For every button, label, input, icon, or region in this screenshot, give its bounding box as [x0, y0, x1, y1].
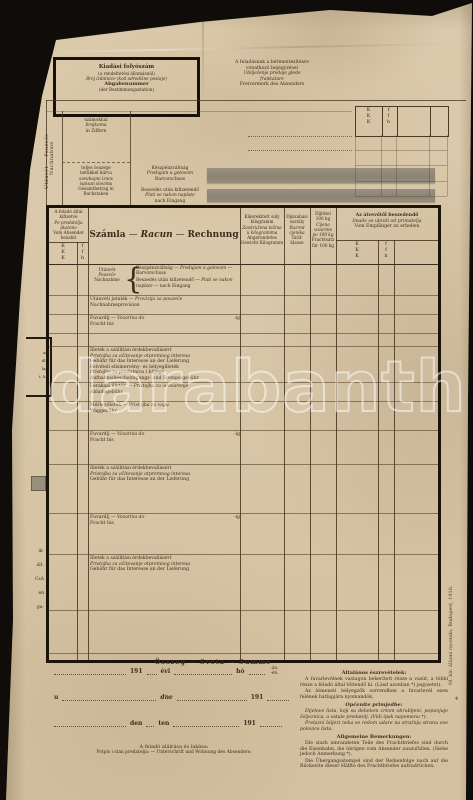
blank-line [62, 694, 156, 701]
entry-ruling [248, 150, 352, 151]
currency-letter: K [356, 120, 381, 126]
option-line: Beszedés után kifizetendő — Plati se nak… [136, 278, 236, 288]
table-row: Mérlegilleték — Pristojba za vaguWaggebü… [49, 401, 438, 430]
fragment-line: t. ka [28, 373, 48, 381]
freight-rate-column-header: Díjtétel100 kg Cijenavozarine po 100 kg … [310, 211, 336, 248]
currency-letter: K [49, 256, 77, 262]
option-line: Készpénzváltság — Predujam u gotovom — B… [136, 266, 236, 276]
fee-line: Pristojba za predatnicu i biljege [90, 370, 164, 375]
remarks-paragraph: Die Übergangsstempel sind der Reihenfolg… [300, 759, 448, 770]
barvorschuss-label: Készpénzváltság Predujam u gotovom Barvo… [134, 166, 206, 182]
table-vline [88, 208, 89, 660]
mini-grid-line [355, 181, 447, 182]
payer-header: A feladó által kifizetve Po predatelju p… [49, 209, 88, 241]
freight-row-label: Fuvardíj — Vozarina do-igFracht bis [90, 514, 240, 526]
remarks-title-hu: Általános észrevételek: [300, 670, 448, 676]
freight-line: Fracht bis [90, 438, 240, 444]
freight-row-label: Fuvardíj — Vozarina do-igFracht bis [90, 315, 240, 327]
invoice-title-hr: Racun [141, 230, 173, 240]
payer-header-line: bezahlt [49, 235, 88, 240]
fragment-line: dló [28, 357, 48, 365]
remarks-title-hr: Općenite primjedbe: [300, 702, 448, 708]
table-row: UtánvétPouzećeNachnahme{Készpénzváltság … [49, 264, 438, 295]
table-row [49, 333, 438, 346]
abgabenummer-box: Kiadási folyószám (a rendeltetési állomá… [53, 57, 200, 117]
label-segment: Pristojba za istovarenje [134, 384, 189, 389]
mini-grid-line [430, 107, 431, 136]
fee-row-label: Illeték a szállítási érdekbevallásértPri… [90, 555, 240, 573]
label-segment: Vozarina do [117, 515, 144, 520]
remarks-paragraph: Prelazni biljezi neka se redom udare na … [300, 721, 448, 732]
label-segment: — nach Eingang [153, 284, 191, 289]
date-line-de: den ten 191 [52, 720, 292, 727]
table-row: Fuvardíj — Vozarina do-igFracht bis [49, 314, 438, 333]
invoice-title: Számla — Racun — Rechnung [88, 230, 240, 240]
fee-line: Pristojba za očitovanje otpremnog intere… [90, 354, 190, 359]
printer-imprint: M. kir. állami nyomda, Budapest, 1916. [448, 545, 457, 685]
fragment-line: lap [28, 365, 48, 373]
nachnahme-vline [62, 111, 63, 205]
nachnahme-vline [130, 111, 131, 205]
mini-grid-filler: ffh [381, 108, 396, 127]
fragment-line: ga- [10, 601, 44, 615]
invoice-table: A feladó által kifizetve Po predatelju p… [46, 205, 441, 663]
year-label: 191 [243, 720, 256, 727]
nachnahme-side-label: Utánvét — Pouzeće — Nachnahme [45, 110, 61, 206]
nach-eingang-label: Beszedés után kifizetendő Plati se nakon… [134, 188, 206, 204]
barvorschuss-line: Barvorschuss [134, 177, 206, 182]
table-vline [240, 208, 241, 660]
blank-line [54, 720, 126, 727]
nachnahme-row1-label: számokkal brojkama in Ziffern [64, 118, 128, 134]
scan-background: i ad aagdlólapt. ka ik-ált.CsAenga- Kiad… [0, 0, 473, 800]
table-vline [310, 208, 311, 660]
fee-line: Abladegebühr [90, 390, 240, 396]
year-label: 191 [130, 668, 143, 675]
table-row: Fuvardíj — Vozarina do-igFracht bis [49, 430, 438, 464]
label-line: Nachnahme [90, 277, 124, 282]
invoice-title-hu: Számla [89, 230, 125, 240]
year-label: 191 [251, 694, 264, 701]
mini-grid-kronen: KKK [356, 108, 381, 127]
blank-line [146, 720, 154, 727]
payer-filler-stack: ffh [77, 244, 88, 263]
date-word: évi [161, 668, 171, 675]
date-word: dne [160, 694, 172, 701]
freight-text: Fuvardíj — Vozarina do [90, 432, 144, 438]
date-word: hó [236, 668, 244, 675]
table-row: Illeték a szállítási érdekbevallásértPri… [49, 346, 438, 382]
table-vline [336, 208, 337, 660]
entry-ruling [248, 136, 352, 137]
currency-letter: h [378, 254, 394, 260]
freight-line: Fracht bis [90, 322, 240, 328]
fragment-line: en [10, 587, 44, 601]
receiver-kronen-stack: KKK [336, 242, 378, 261]
table-vline [378, 240, 379, 660]
blank-line [249, 668, 265, 675]
blank-line [54, 668, 126, 675]
remarks-paragraph: Az átmeneti bélyegzők sorrendben a fuvar… [300, 689, 448, 700]
fee-line: Nachnahmeprovision [90, 303, 240, 309]
fragment-line: ált. [10, 559, 44, 573]
fragment-line: CsA [10, 573, 44, 587]
label-segment: Vozarina do [117, 316, 144, 321]
left-page-fragment-text: ik-ált.CsAenga- [10, 545, 44, 615]
fee-line: Aufnahmsbescheinigungs- und Stempelgebüh… [90, 376, 240, 382]
table-row: Utánvéti jutalék — Provizija za pouzećeN… [49, 295, 438, 314]
fee-row-label: Utánvéti jutalék — Provizija za pouzećeN… [90, 296, 240, 308]
fragment-line: ag [28, 349, 48, 357]
remarks-paragraph: Dijelove lista, koji su debelom crtom ob… [300, 709, 448, 720]
table-vline [284, 208, 285, 660]
abgabenummer-line: (der Bestimmungsstation) [59, 87, 194, 92]
document-paper: i ad aagdlólapt. ka ik-ált.CsAenga- Kiad… [0, 0, 473, 800]
sum-row-label: Összeg — Svota — Summe [90, 654, 336, 666]
table-vline [77, 242, 78, 660]
freight-text: Fuvardíj — Vozarina do [90, 515, 144, 521]
freivermerk-block: A feladásnak a bérmentesítésre vonatkozó… [203, 60, 341, 88]
label-segment: Vozarina do [117, 432, 144, 437]
date-word: u [54, 694, 58, 701]
fee-row-label: Lerakási illeték — Pristojba za istovare… [90, 383, 240, 395]
freight-row-label: Fuvardíj — Vozarina do-igFracht bis [90, 431, 240, 443]
blank-line [174, 668, 232, 675]
currency-letter: K [336, 254, 378, 260]
table-row: Illeték a szállítási érdekbevallásértPri… [49, 464, 438, 513]
fee-line: Gebühr für das Interesse an der Lieferun… [90, 567, 240, 573]
fee-row-label: Illeték a szállítási érdekbevallásértPri… [90, 347, 240, 382]
tariff-class-column-header: Díjszabásiosztály Razredcjenika Tarif-kl… [284, 214, 310, 246]
date-word: den [130, 720, 142, 727]
receiver-header-line: Vom Empfänger zu erheben [336, 224, 438, 230]
nachnahme-options: Készpénzváltság — Predujam u gotovom — B… [136, 266, 236, 291]
fee-line: Pristojba za očitovanje otpremnog intere… [90, 472, 190, 477]
blank-line [147, 668, 157, 675]
table-vline [394, 240, 395, 660]
currency-letter: h [381, 120, 396, 126]
date-word: ten [158, 720, 169, 727]
remarks-paragraph: Die stark umrandeten Teile des Frachtbri… [300, 741, 448, 758]
nach-eingang-line: nach Eingang [134, 199, 206, 204]
remarks-paragraph: A fuvarlevélnek vastagon bekerített rész… [300, 677, 448, 688]
left-page-stamp-fragment [31, 476, 46, 491]
freivermerk-line: Freivermerk des Absenders [203, 82, 341, 88]
nachnahme-row-label: UtánvétPouzećeNachnahme [90, 267, 124, 282]
receiver-header: Az átvevőtől beszedendő Imade se ubrati … [336, 213, 438, 230]
fee-line: Gebühr für das Interesse an der Lieferun… [90, 477, 240, 483]
blank-line [177, 694, 247, 701]
table-row [49, 610, 438, 653]
receiver-filler-stack: ffh [378, 242, 394, 261]
label-segment: Pristojba za vagu [129, 403, 169, 408]
abgabenummer-line: Kiadási folyószám [59, 64, 194, 71]
paper-crease-horizontal [40, 43, 460, 54]
mini-grid-line [355, 196, 447, 197]
weight-column-header: Kikerekített súlykilogramm Zaokružena te… [240, 214, 284, 246]
blank-line [173, 720, 239, 727]
table-row: Illeték a szállítási érdekbevallásértPri… [49, 554, 438, 610]
freight-line: Fracht bis [90, 521, 240, 527]
mini-grid-line [447, 135, 448, 196]
label-segment: Predujam u gotovom [180, 266, 226, 271]
general-remarks-block: Általános észrevételek: A fuvarlevélnek … [300, 668, 448, 771]
payer-kronen-stack: KKK [49, 244, 77, 263]
left-page-fragment: i [2, 98, 5, 108]
label-segment: Provizija za pouzeće [135, 297, 182, 302]
nachnahme-row-divider [62, 162, 130, 163]
invoice-title-de: Rechnung [187, 230, 238, 240]
table-row: Fuvardíj — Vozarina do-igFracht bis [49, 513, 438, 554]
mini-grid-line [355, 150, 447, 151]
signature-line-hr-de: Potpis i stan predatelja: — Unterschrift… [52, 750, 296, 755]
nachnahme-top-rule [46, 111, 352, 112]
page-mark: 4 [455, 696, 458, 702]
date-line-hu: 191 évi hó -án,-én. [52, 666, 292, 675]
nachnahme-row1-line: in Ziffern [64, 129, 128, 134]
table-row: Lerakási illeték — Pristojba za istovare… [49, 382, 438, 401]
receiver-subrow-rule [336, 240, 438, 241]
fee-row-label: Illeték a szállítási érdekbevallásértPri… [90, 465, 240, 483]
payer-subrow-rule [49, 242, 88, 243]
nachnahme-row2-label: teljes összege betűkkel kiírva sveukupni… [64, 165, 128, 197]
currency-letter: h [77, 256, 88, 262]
header-rule [46, 100, 466, 101]
blank-line [267, 694, 289, 701]
remarks-title-de: Allgemeine Bemerkungen: [300, 734, 448, 740]
date-suffix: -án,-én. [269, 666, 281, 675]
freight-text: Fuvardíj — Vozarina do [90, 316, 144, 322]
fee-row-label: Mérlegilleték — Pristojba za vaguWaggebü… [90, 402, 240, 414]
fee-line: Pristojba za očitovanje otpremnog intere… [90, 562, 190, 567]
mini-grid-line [355, 165, 447, 166]
fee-line: Waggebühr [90, 409, 240, 415]
left-page-fragment: ad [0, 116, 9, 125]
fragment-line: a [28, 341, 48, 349]
mini-grid-line [397, 107, 398, 136]
nachnahme-row2-line: Buchstaben [64, 191, 128, 196]
signature-block: A feladó aláírása és lakása: Potpis i st… [52, 744, 296, 755]
date-line-hr: u dne 191 [52, 694, 292, 701]
table-body: UtánvétPouzećeNachnahme{Készpénzváltság … [49, 264, 438, 672]
paper-crease-vertical [202, 10, 204, 105]
fragment-line: ik- [10, 545, 44, 559]
blank-line [260, 720, 282, 727]
